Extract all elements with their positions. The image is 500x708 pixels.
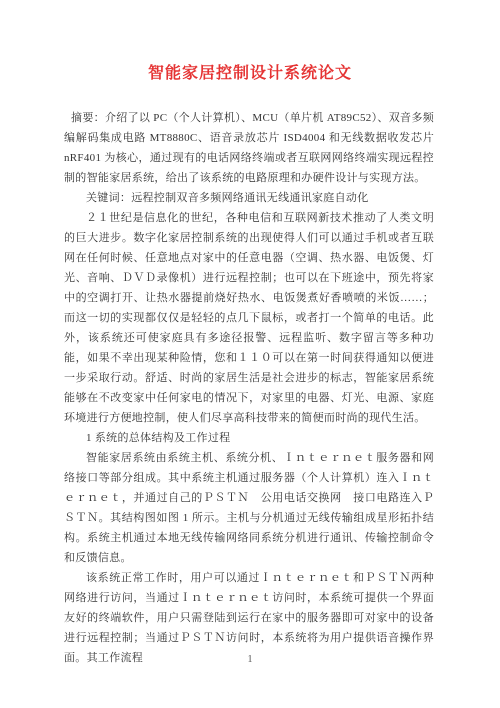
page-number: 1 (0, 654, 500, 666)
keywords-paragraph: 关键词：远程控制双音多频网络通讯无线通讯家庭自动化 (64, 188, 434, 208)
document-title: 智能家居控制设计系统论文 (0, 0, 500, 84)
intro-paragraph: ２１世纪是信息化的世纪，各种电信和互联网新技术推动了人类文明的巨大进步。数字化家… (64, 208, 434, 428)
section1-heading: 1 系统的总体结构及工作过程 (64, 428, 434, 448)
section1-paragraph1: 智能家居系统由系统主机、系统分机、Ｉｎｔｅｒｎｅｔ服务器和网络接口等部分组成。其… (64, 448, 434, 568)
document-body: 摘要：介绍了以 PC（个人计算机）、MCU（单片机 AT89C52）、双音多频编… (0, 84, 500, 668)
section1-paragraph2: 该系统正常工作时，用户可以通过Ｉｎｔｅｒｎｅｔ和ＰＳＴＮ两种网络进行访问，当通过… (64, 568, 434, 668)
abstract-paragraph: 摘要：介绍了以 PC（个人计算机）、MCU（单片机 AT89C52）、双音多频编… (64, 108, 434, 188)
document-page: 智能家居控制设计系统论文 摘要：介绍了以 PC（个人计算机）、MCU（单片机 A… (0, 0, 500, 708)
